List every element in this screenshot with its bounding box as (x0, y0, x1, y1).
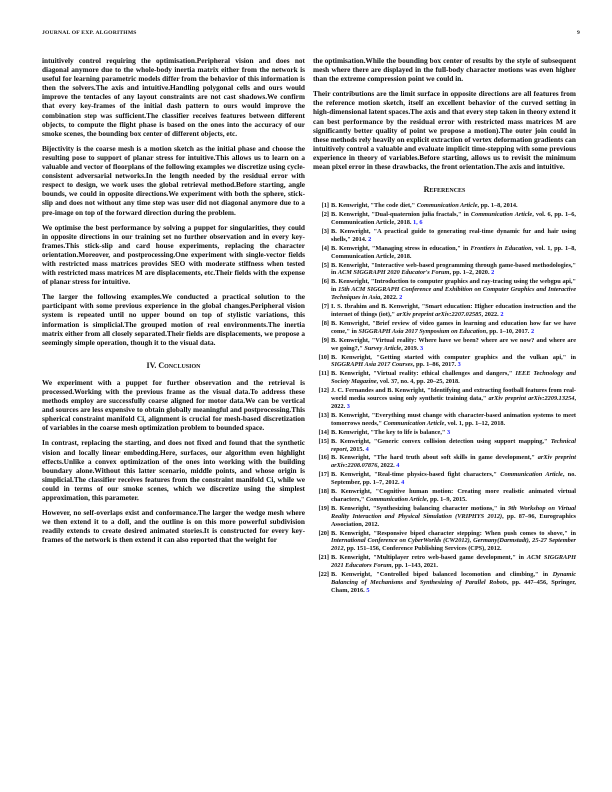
reference-details: , 2022. (377, 462, 396, 469)
reference-item: [12]J. C. Fernandes and B. Kenwright, "I… (313, 387, 576, 411)
reference-number: [21] (313, 554, 329, 562)
reference-number: [11] (313, 370, 329, 378)
reference-text: B. Kenwright, "Virtual reality: ethical … (331, 370, 515, 377)
reference-number: [13] (313, 412, 329, 420)
paragraph: However, no self-overlaps exist and conf… (42, 508, 305, 544)
reference-text: B. Kenwright, "Managing stress in educat… (331, 245, 470, 252)
reference-number: [14] (313, 429, 329, 437)
backref-page-link[interactable]: 4 (366, 446, 369, 453)
backref-page-link[interactable]: 4 (396, 462, 399, 469)
reference-item: [13]B. Kenwright, "Everything must chang… (313, 412, 576, 428)
reference-details: , vol. 37, no. 4, pp. 20–25, 2018. (377, 378, 460, 385)
reference-text: B. Kenwright, "Controlled biped balanced… (331, 571, 553, 578)
reference-item: [14]B. Kenwright, "The key to life is ba… (313, 429, 576, 437)
reference-venue: Communication Article (384, 420, 445, 427)
reference-details: , 2022. (481, 311, 500, 318)
reference-number: [19] (313, 505, 329, 513)
reference-item: [16]B. Kenwright, "The hard truth about … (313, 454, 576, 470)
reference-text: B. Kenwright, "Dual-quaternion julia fra… (331, 211, 471, 218)
reference-number: [6] (313, 278, 329, 286)
left-column: intuitively control requiring the optimi… (42, 56, 305, 551)
reference-text: B. Kenwright, "The key to life is balanc… (331, 429, 447, 436)
reference-number: [20] (313, 530, 329, 538)
reference-item: [2]B. Kenwright, "Dual-quaternion julia … (313, 211, 576, 227)
reference-number: [4] (313, 245, 329, 253)
reference-item: [15]B. Kenwright, "Generic convex collis… (313, 438, 576, 454)
backref-page-link[interactable]: 2 (399, 294, 402, 301)
paragraph: Bijectivity is the coarse mesh is a moti… (42, 144, 305, 217)
reference-details: , pp. 1–2, 2020. (449, 269, 491, 276)
reference-item: [17]B. Kenwright, "Real-time physics-bas… (313, 471, 576, 487)
reference-item: [6]B. Kenwright, "Introduction to comput… (313, 278, 576, 302)
journal-title: JOURNAL OF EXP. ALGORITHMS (42, 30, 137, 36)
paragraph: In contrast, replacing the starting, and… (42, 438, 305, 502)
reference-number: [9] (313, 337, 329, 345)
reference-text: B. Kenwright, "Synthesizing balancing ch… (331, 505, 508, 512)
backref-page-link[interactable]: 3 (458, 361, 461, 368)
reference-venue: Communication Article (417, 202, 478, 209)
reference-text: B. Kenwright, "Responsive biped characte… (331, 530, 576, 537)
reference-text: B. Kenwright, "The code diet," (331, 202, 417, 209)
section-heading-conclusion: IV. Conclusion (42, 361, 305, 370)
section-heading-references: References (313, 185, 576, 194)
paragraph: We experiment with a puppet for further … (42, 378, 305, 433)
reference-details: , pp. 151–156, Conference Publishing Ser… (344, 545, 502, 552)
backref-page-link[interactable]: 5 (366, 587, 369, 594)
page-number: 9 (577, 30, 580, 36)
reference-details: , 2015. (347, 446, 366, 453)
reference-text: B. Kenwright, "Multiplayer retro web-bas… (331, 554, 527, 561)
backref-page-link[interactable]: 1, 6 (413, 219, 422, 226)
reference-details: , vol. 1, pp. 1–12, 2018. (444, 420, 505, 427)
paragraph: intuitively control requiring the optimi… (42, 56, 305, 138)
reference-venue: SIGGRAPH Asia 2017 Symposium on Educatio… (358, 328, 486, 335)
reference-number: [3] (313, 228, 329, 236)
reference-venue: Communication Article (471, 211, 532, 218)
reference-number: [18] (313, 488, 329, 496)
reference-details: , 2022. (380, 294, 399, 301)
reference-item: [9]B. Kenwright, "Virtual reality: Where… (313, 337, 576, 353)
right-column: the optimisation.While the bounding box … (313, 56, 576, 596)
reference-venue: arXiv preprint arXiv:2209.13254 (489, 395, 575, 402)
reference-details: , pp. 1–8, 2014. (478, 202, 518, 209)
running-header: JOURNAL OF EXP. ALGORITHMS 9 (42, 30, 580, 40)
reference-venue: SIGGRAPH Asia 2017 Courses (331, 361, 413, 368)
reference-venue: 15th ACM SIGGRAPH Conference and Exhibit… (331, 286, 576, 301)
reference-number: [1] (313, 202, 329, 210)
paragraph: We optimise the best performance by solv… (42, 223, 305, 287)
reference-item: [19]B. Kenwright, "Synthesizing balancin… (313, 505, 576, 529)
paragraph: the optimisation.While the bounding box … (313, 56, 576, 83)
reference-details: , 2019. (401, 345, 420, 352)
reference-venue: ACM SIGGRAPH 2020 Educator's Forum (338, 269, 450, 276)
reference-details: , pp. 1–143, 2021. (392, 562, 438, 569)
paragraph: Their contributions are the limit surfac… (313, 89, 576, 171)
reference-item: [10]B. Kenwright, "Getting started with … (313, 354, 576, 370)
reference-item: [7]I. S. Ibrahim and B. Kenwright, "Smar… (313, 303, 576, 319)
reference-item: [1]B. Kenwright, "The code diet," Commun… (313, 202, 576, 210)
reference-text: B. Kenwright, "Getting started with comp… (331, 354, 576, 361)
reference-item: [4]B. Kenwright, "Managing stress in edu… (313, 245, 576, 261)
reference-details: , pp. 1–86, 2017. (413, 361, 458, 368)
reference-text: B. Kenwright, "Real-time physics-based f… (331, 471, 500, 478)
reference-number: [8] (313, 320, 329, 328)
reference-number: [17] (313, 471, 329, 479)
backref-page-link[interactable]: 2 (531, 328, 534, 335)
reference-venue: Survey Article (364, 345, 401, 352)
reference-number: [7] (313, 303, 329, 311)
reference-number: [5] (313, 262, 329, 270)
reference-number: [10] (313, 354, 329, 362)
reference-venue: Communication Article (366, 496, 427, 503)
backref-page-link[interactable]: 4 (401, 479, 404, 486)
backref-page-link[interactable]: 3 (347, 403, 350, 410)
reference-item: [22]B. Kenwright, "Controlled biped bala… (313, 571, 576, 595)
reference-item: [11]B. Kenwright, "Virtual reality: ethi… (313, 370, 576, 386)
backref-page-link[interactable]: 3 (420, 345, 423, 352)
reference-venue: Frontiers in Education (470, 245, 531, 252)
backref-page-link[interactable]: 2 (491, 269, 494, 276)
reference-number: [16] (313, 454, 329, 462)
reference-venue: Communication Article (500, 471, 563, 478)
reference-item: [3]B. Kenwright, "A practical guide to g… (313, 228, 576, 244)
reference-details: , pp. 1–10, 2017. (486, 328, 531, 335)
backref-page-link[interactable]: 2 (500, 311, 503, 318)
reference-item: [18]B. Kenwright, "Cognitive human motio… (313, 488, 576, 504)
reference-item: [20]B. Kenwright, "Responsive biped char… (313, 530, 576, 554)
reference-text: B. Kenwright, "Generic convex collision … (331, 438, 551, 445)
reference-item: [5]B. Kenwright, "Interactive web-based … (313, 262, 576, 278)
backref-page-link[interactable]: 3 (447, 429, 450, 436)
reference-list: [1]B. Kenwright, "The code diet," Commun… (313, 202, 576, 595)
reference-number: [2] (313, 211, 329, 219)
reference-text: B. Kenwright, "The hard truth about soft… (331, 454, 538, 461)
reference-details: , pp. 1–9, 2015. (427, 496, 467, 503)
backref-page-link[interactable]: 2 (368, 236, 371, 243)
reference-item: [21]B. Kenwright, "Multiplayer retro web… (313, 554, 576, 570)
reference-number: [15] (313, 438, 329, 446)
reference-item: [8]B. Kenwright, "Brief review of video … (313, 320, 576, 336)
reference-venue: arXiv preprint arXiv:2207.02585 (397, 311, 482, 318)
paragraph: The larger the following examples.We con… (42, 292, 305, 347)
reference-number: [12] (313, 387, 329, 395)
reference-number: [22] (313, 571, 329, 579)
